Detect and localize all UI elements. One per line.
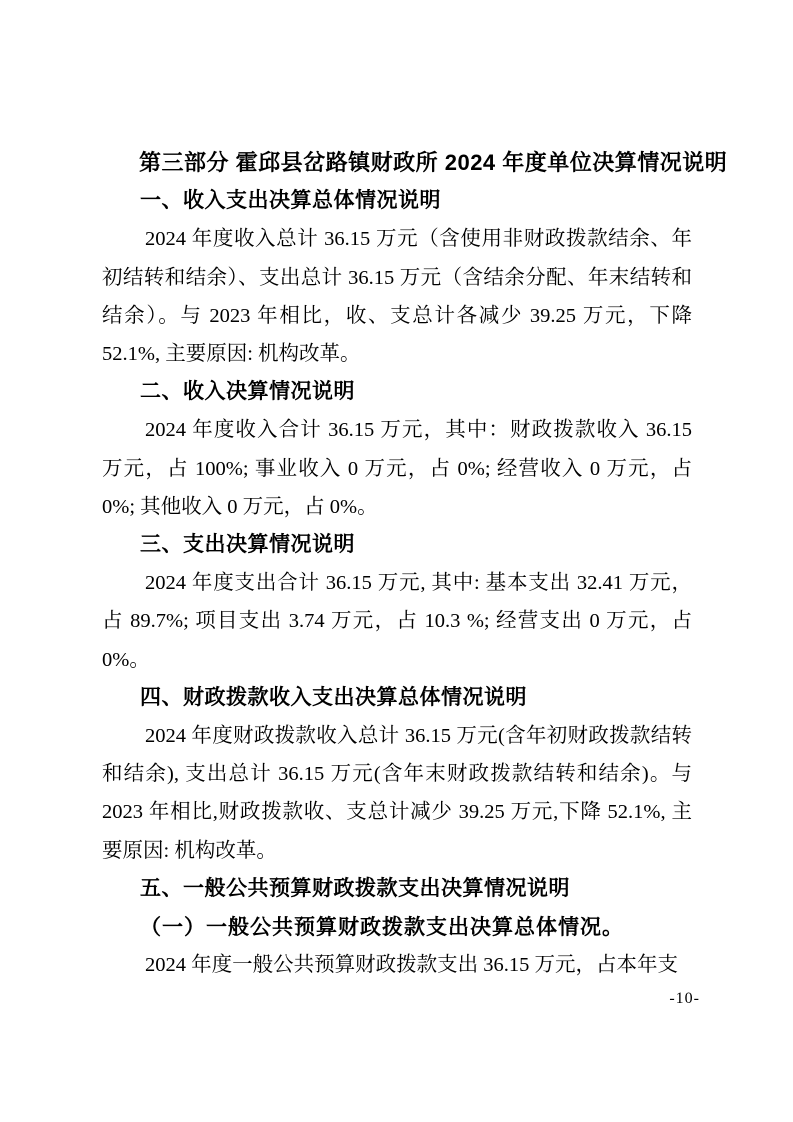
document-title: 第三部分 霍邱县岔路镇财政所 2024 年度单位决算情况说明	[102, 144, 692, 182]
section-3-heading: 三、支出决算情况说明	[102, 526, 692, 564]
section-2-heading: 二、收入决算情况说明	[102, 373, 692, 411]
section-5-paragraph: 2024 年度一般公共预算财政拨款支出 36.15 万元，占本年支	[102, 946, 692, 984]
section-2-paragraph: 2024 年度收入合计 36.15 万元，其中：财政拨款收入 36.15 万元，…	[102, 411, 692, 526]
section-4-heading: 四、财政拨款收入支出决算总体情况说明	[102, 679, 692, 717]
section-5-heading: 五、一般公共预算财政拨款支出决算情况说明	[102, 870, 692, 908]
section-1-heading: 一、收入支出决算总体情况说明	[102, 182, 692, 220]
section-1-paragraph: 2024 年度收入总计 36.15 万元（含使用非财政拨款结余、年初结转和结余）…	[102, 220, 692, 373]
document-page: 第三部分 霍邱县岔路镇财政所 2024 年度单位决算情况说明 一、收入支出决算总…	[0, 0, 793, 1122]
page-number: -10-	[669, 990, 700, 1008]
section-5-subheading: （一）一般公共预算财政拨款支出决算总体情况。	[102, 908, 692, 946]
document-content: 第三部分 霍邱县岔路镇财政所 2024 年度单位决算情况说明 一、收入支出决算总…	[102, 144, 692, 984]
section-4-paragraph: 2024 年度财政拨款收入总计 36.15 万元(含年初财政拨款结转和结余), …	[102, 717, 692, 870]
section-3-paragraph: 2024 年度支出合计 36.15 万元, 其中: 基本支出 32.41 万元，…	[102, 564, 692, 679]
